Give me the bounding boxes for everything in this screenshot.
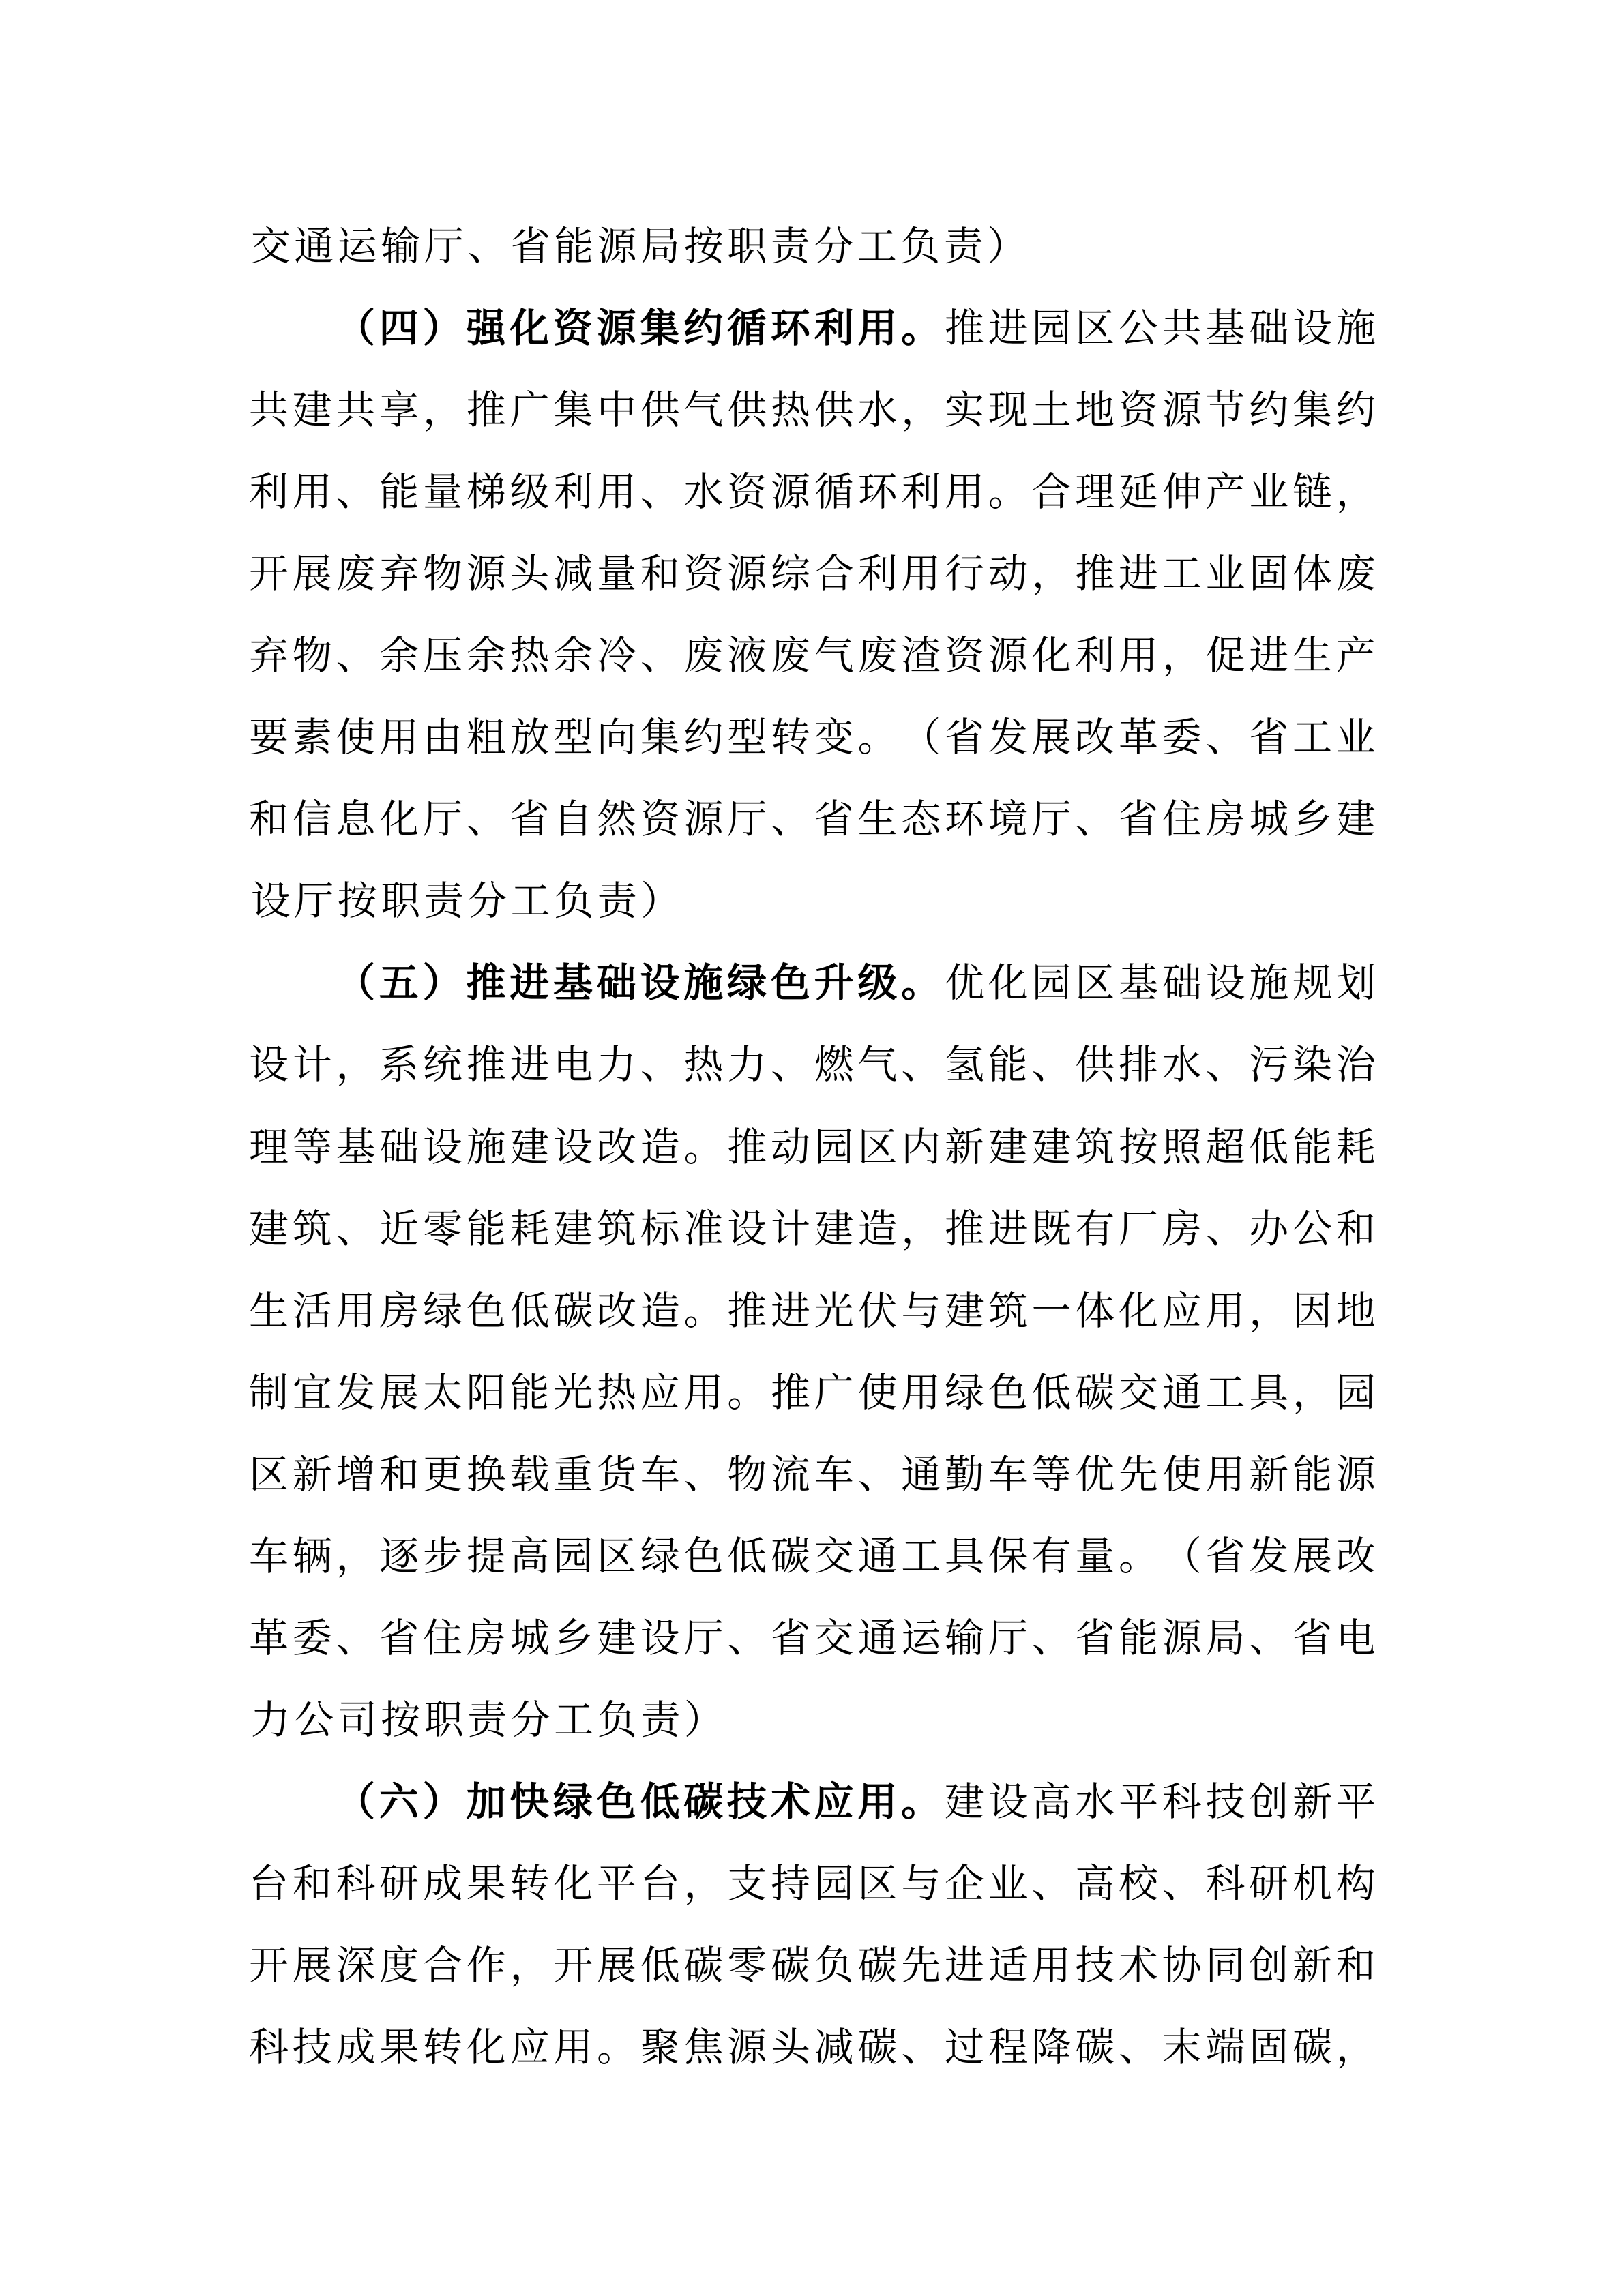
text-line: 革委、省住房城乡建设厅、省交通运输厅、省能源局、省电 [249,1605,1376,1687]
text-line: 弃物、余压余热余冷、废液废气废渣资源化利用，促进生产 [249,623,1376,704]
text-line: 设计，系统推进电力、热力、燃气、氢能、供排水、污染治 [249,1032,1376,1114]
text-line: 设厅按职责分工负责） [249,868,1376,950]
document-page: 交通运输厅、省能源局按职责分工负责）（四）强化资源集约循环利用。推进园区公共基础… [0,0,1624,2296]
paragraph-p6: （六）加快绿色低碳技术应用。建设高水平科技创新平台和科研成果转化平台，支持园区与… [249,1769,1376,2096]
body-text: 交通运输厅、省能源局按职责分工负责）（四）强化资源集约循环利用。推进园区公共基础… [249,213,1376,2096]
text-line: 力公司按职责分工负责） [249,1687,1376,1769]
text-line: 建筑、近零能耗建筑标准设计建造，推进既有厂房、办公和 [249,1196,1376,1278]
text-line: 理等基础设施建设改造。推动园区内新建建筑按照超低能耗 [249,1114,1376,1196]
text-line: 生活用房绿色低碳改造。推进光伏与建筑一体化应用，因地 [249,1278,1376,1360]
text-line: 区新增和更换载重货车、物流车、通勤车等优先使用新能源 [249,1442,1376,1523]
text-line: 利用、能量梯级利用、水资源循环利用。合理延伸产业链， [249,459,1376,541]
text-line: 台和科研成果转化平台，支持园区与企业、高校、科研机构 [249,1851,1376,1933]
text-line: 和信息化厅、省自然资源厅、省生态环境厅、省住房城乡建 [249,786,1376,868]
text-line: 开展深度合作，开展低碳零碳负碳先进适用技术协同创新和 [249,1933,1376,2014]
text-line: 科技成果转化应用。聚焦源头减碳、过程降碳、末端固碳， [249,2014,1376,2096]
paragraph-p0-continuation: 交通运输厅、省能源局按职责分工负责） [249,213,1376,295]
text-line: 开展废弃物源头减量和资源综合利用行动，推进工业固体废 [249,541,1376,623]
text-line: 制宜发展太阳能光热应用。推广使用绿色低碳交通工具，园 [249,1360,1376,1442]
text-line: （四）强化资源集约循环利用。推进园区公共基础设施 [249,295,1376,377]
paragraph-p5: （五）推进基础设施绿色升级。优化园区基础设施规划设计，系统推进电力、热力、燃气、… [249,950,1376,1768]
text-line: 车辆，逐步提高园区绿色低碳交通工具保有量。（省发展改 [249,1523,1376,1605]
text-line: （五）推进基础设施绿色升级。优化园区基础设施规划 [249,950,1376,1032]
text-line: 要素使用由粗放型向集约型转变。（省发展改革委、省工业 [249,704,1376,786]
text-line: （六）加快绿色低碳技术应用。建设高水平科技创新平 [249,1769,1376,1851]
text-line: 共建共享，推广集中供气供热供水，实现土地资源节约集约 [249,377,1376,459]
text-line: 交通运输厅、省能源局按职责分工负责） [249,213,1376,295]
paragraph-p4: （四）强化资源集约循环利用。推进园区公共基础设施共建共享，推广集中供气供热供水，… [249,295,1376,950]
